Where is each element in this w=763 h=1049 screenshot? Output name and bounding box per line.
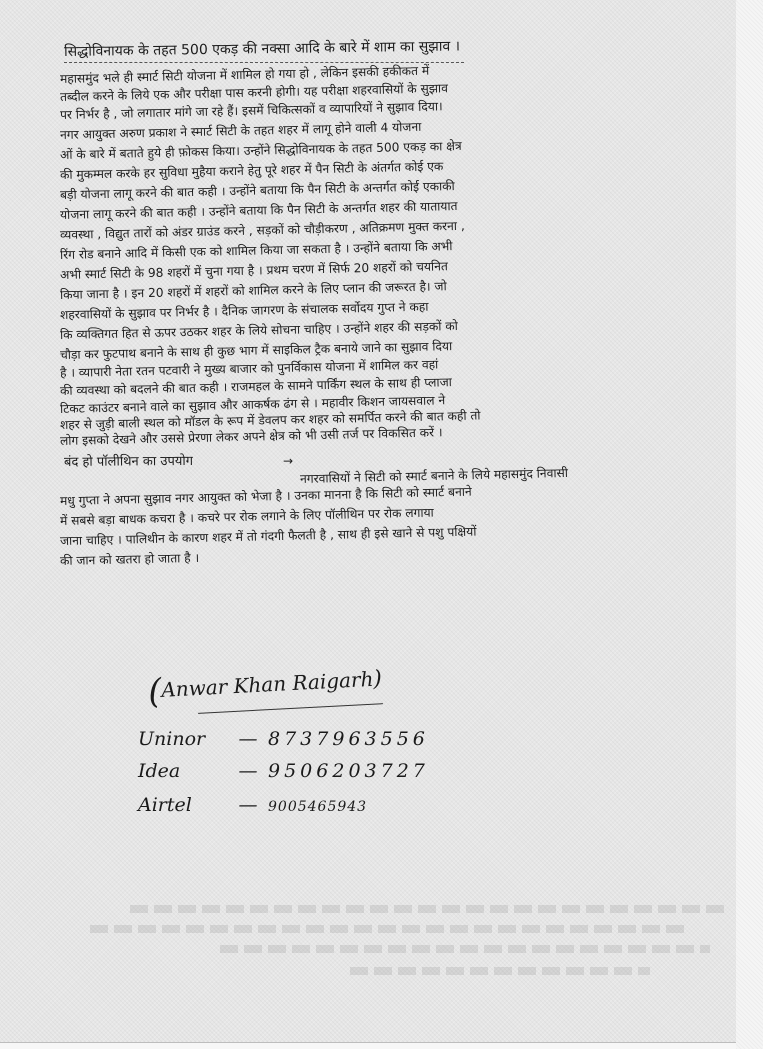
contact-row-idea: Idea—9506203727: [138, 760, 429, 782]
phone-number: 8737963556: [268, 728, 429, 750]
signature-paren-close: ): [373, 666, 383, 691]
bleed-through-text: [130, 905, 730, 913]
phone-number: 9005465943: [268, 799, 367, 815]
document-title: सिद्धोविनायक के तहत 500 एकड़ की नक्सा आद…: [64, 36, 460, 61]
contact-row-uninor: Uninor—8737963556: [138, 728, 429, 750]
phone-number: 9506203727: [268, 760, 429, 782]
contact-row-airtel: Airtel—9005465943: [138, 794, 367, 816]
scan-margin: [736, 0, 763, 1049]
bleed-through-text: [220, 945, 710, 953]
dash: —: [228, 728, 268, 750]
bleed-through-text: [350, 967, 650, 975]
dash: —: [228, 794, 268, 816]
operator-label: Uninor: [138, 728, 228, 750]
dash: —: [228, 760, 268, 782]
arrow-icon: →: [283, 454, 293, 468]
operator-label: Airtel: [138, 794, 228, 816]
section-subheading: बंद हो पॉलीथिन का उपयोग: [64, 451, 193, 470]
signature-name: Anwar Khan Raigarh: [161, 667, 374, 702]
operator-label: Idea: [138, 760, 228, 782]
scanned-page: सिद्धोविनायक के तहत 500 एकड़ की नक्सा आद…: [0, 0, 736, 1043]
bleed-through-text: [90, 925, 690, 933]
